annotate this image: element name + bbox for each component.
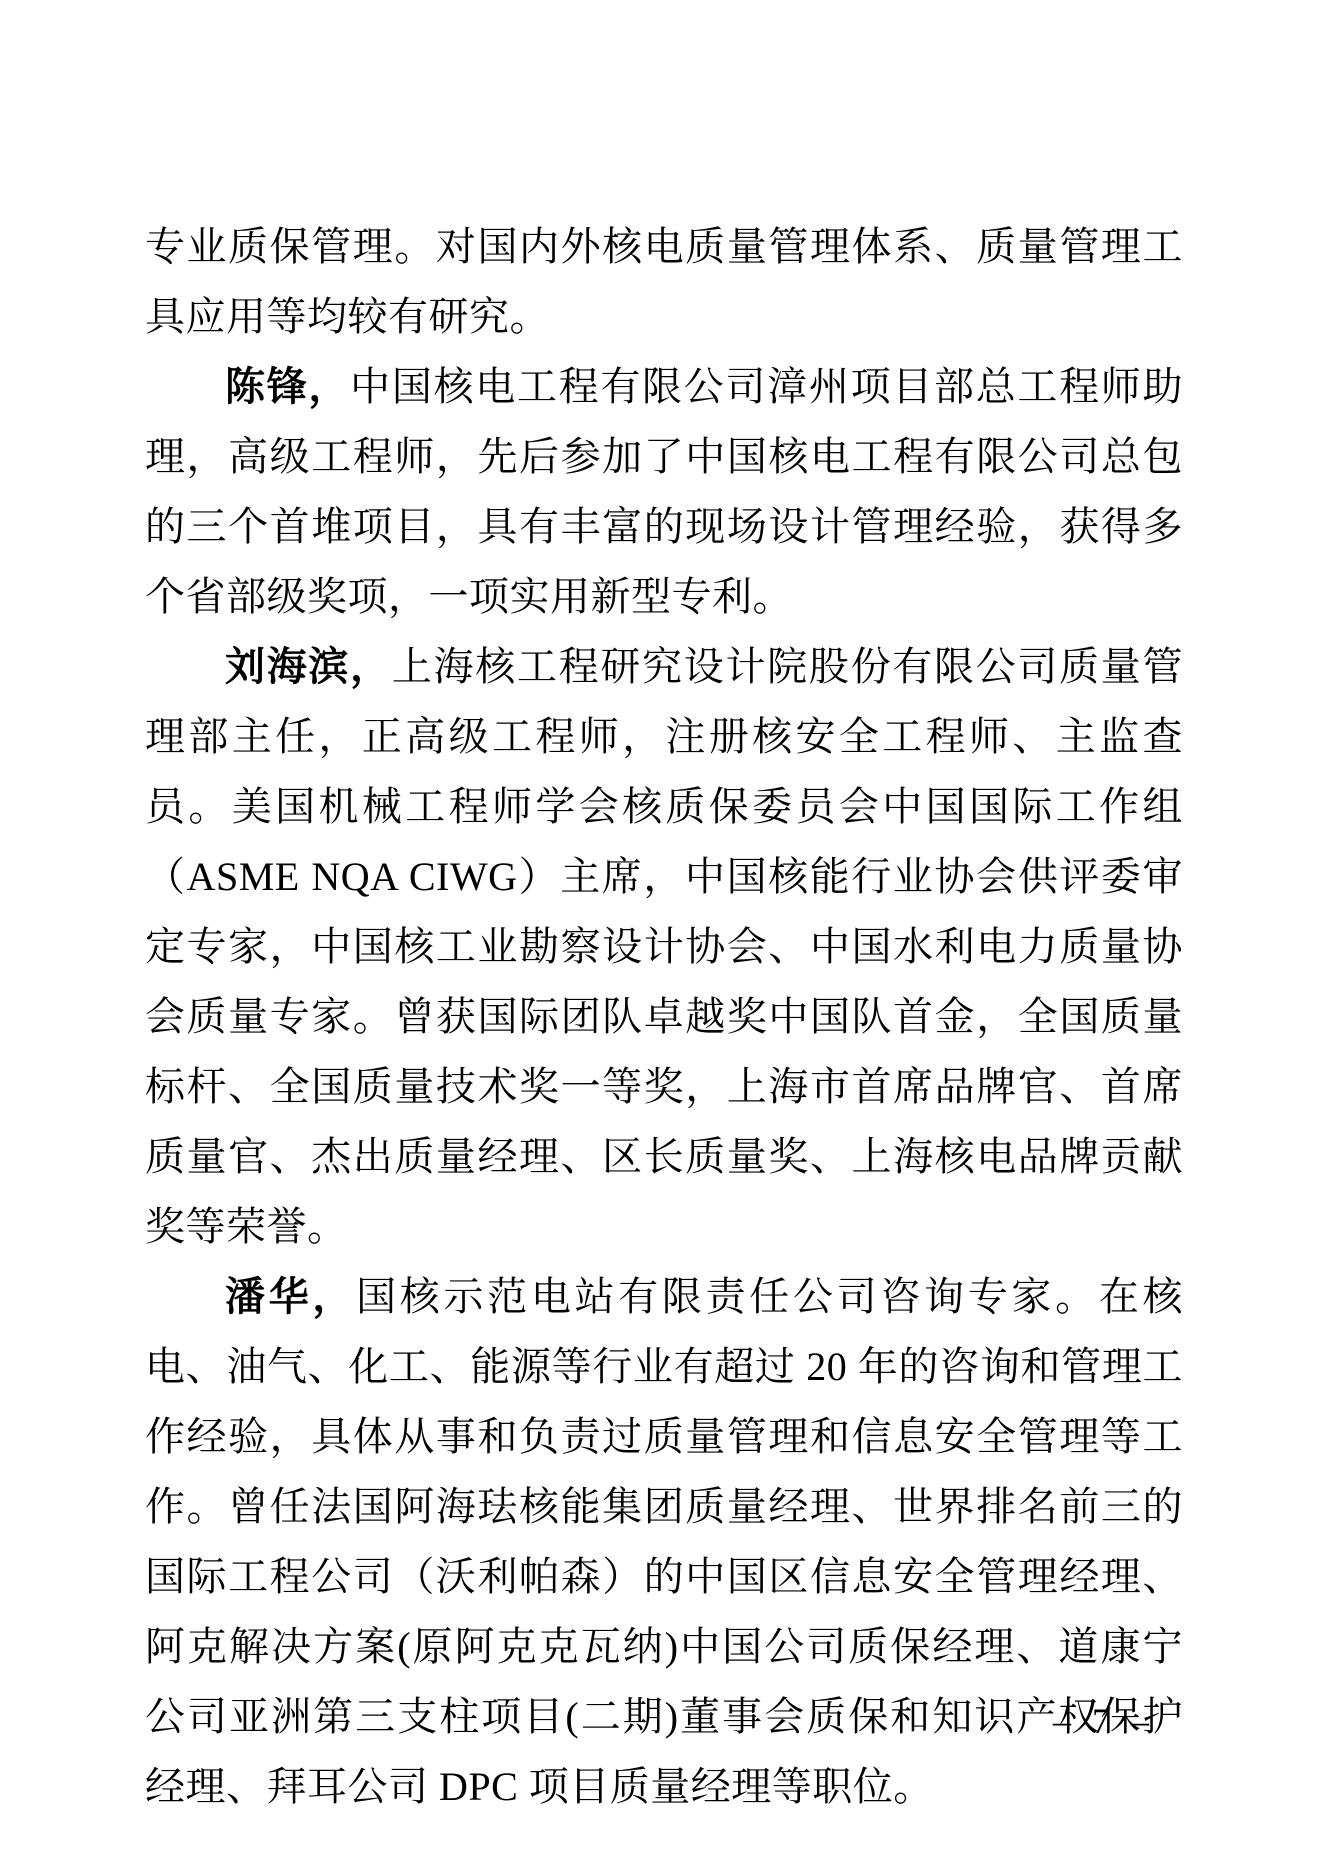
person-name: 陈锋， xyxy=(225,364,350,409)
paragraph-chen-feng: 陈锋，中国核电工程有限公司漳州项目部总工程师助理，高级工程师，先后参加了中国核电… xyxy=(145,352,1183,632)
person-name: 刘海滨， xyxy=(225,644,392,689)
paragraph-continuation: 专业质保管理。对国内外核电质量管理体系、质量管理工具应用等均较有研究。 xyxy=(145,212,1183,352)
document-body: 专业质保管理。对国内外核电质量管理体系、质量管理工具应用等均较有研究。 陈锋，中… xyxy=(145,212,1183,1822)
paragraph-pan-hua: 潘华，国核示范电站有限责任公司咨询专家。在核电、油气、化工、能源等行业有超过 2… xyxy=(145,1262,1183,1822)
paragraph-text: 国核示范电站有限责任公司咨询专家。在核电、油气、化工、能源等行业有超过 20 年… xyxy=(145,1274,1183,1809)
paragraph-text: 专业质保管理。对国内外核电质量管理体系、质量管理工具应用等均较有研究。 xyxy=(145,224,1183,339)
paragraph-liu-haibin: 刘海滨，上海核工程研究设计院股份有限公司质量管理部主任，正高级工程师，注册核安全… xyxy=(145,632,1183,1262)
document-page: 专业质保管理。对国内外核电质量管理体系、质量管理工具应用等均较有研究。 陈锋，中… xyxy=(0,0,1323,1871)
person-name: 潘华， xyxy=(225,1274,356,1319)
page-number: – 7 – xyxy=(1053,1698,1155,1744)
paragraph-text: 上海核工程研究设计院股份有限公司质量管理部主任，正高级工程师，注册核安全工程师、… xyxy=(145,644,1183,1249)
